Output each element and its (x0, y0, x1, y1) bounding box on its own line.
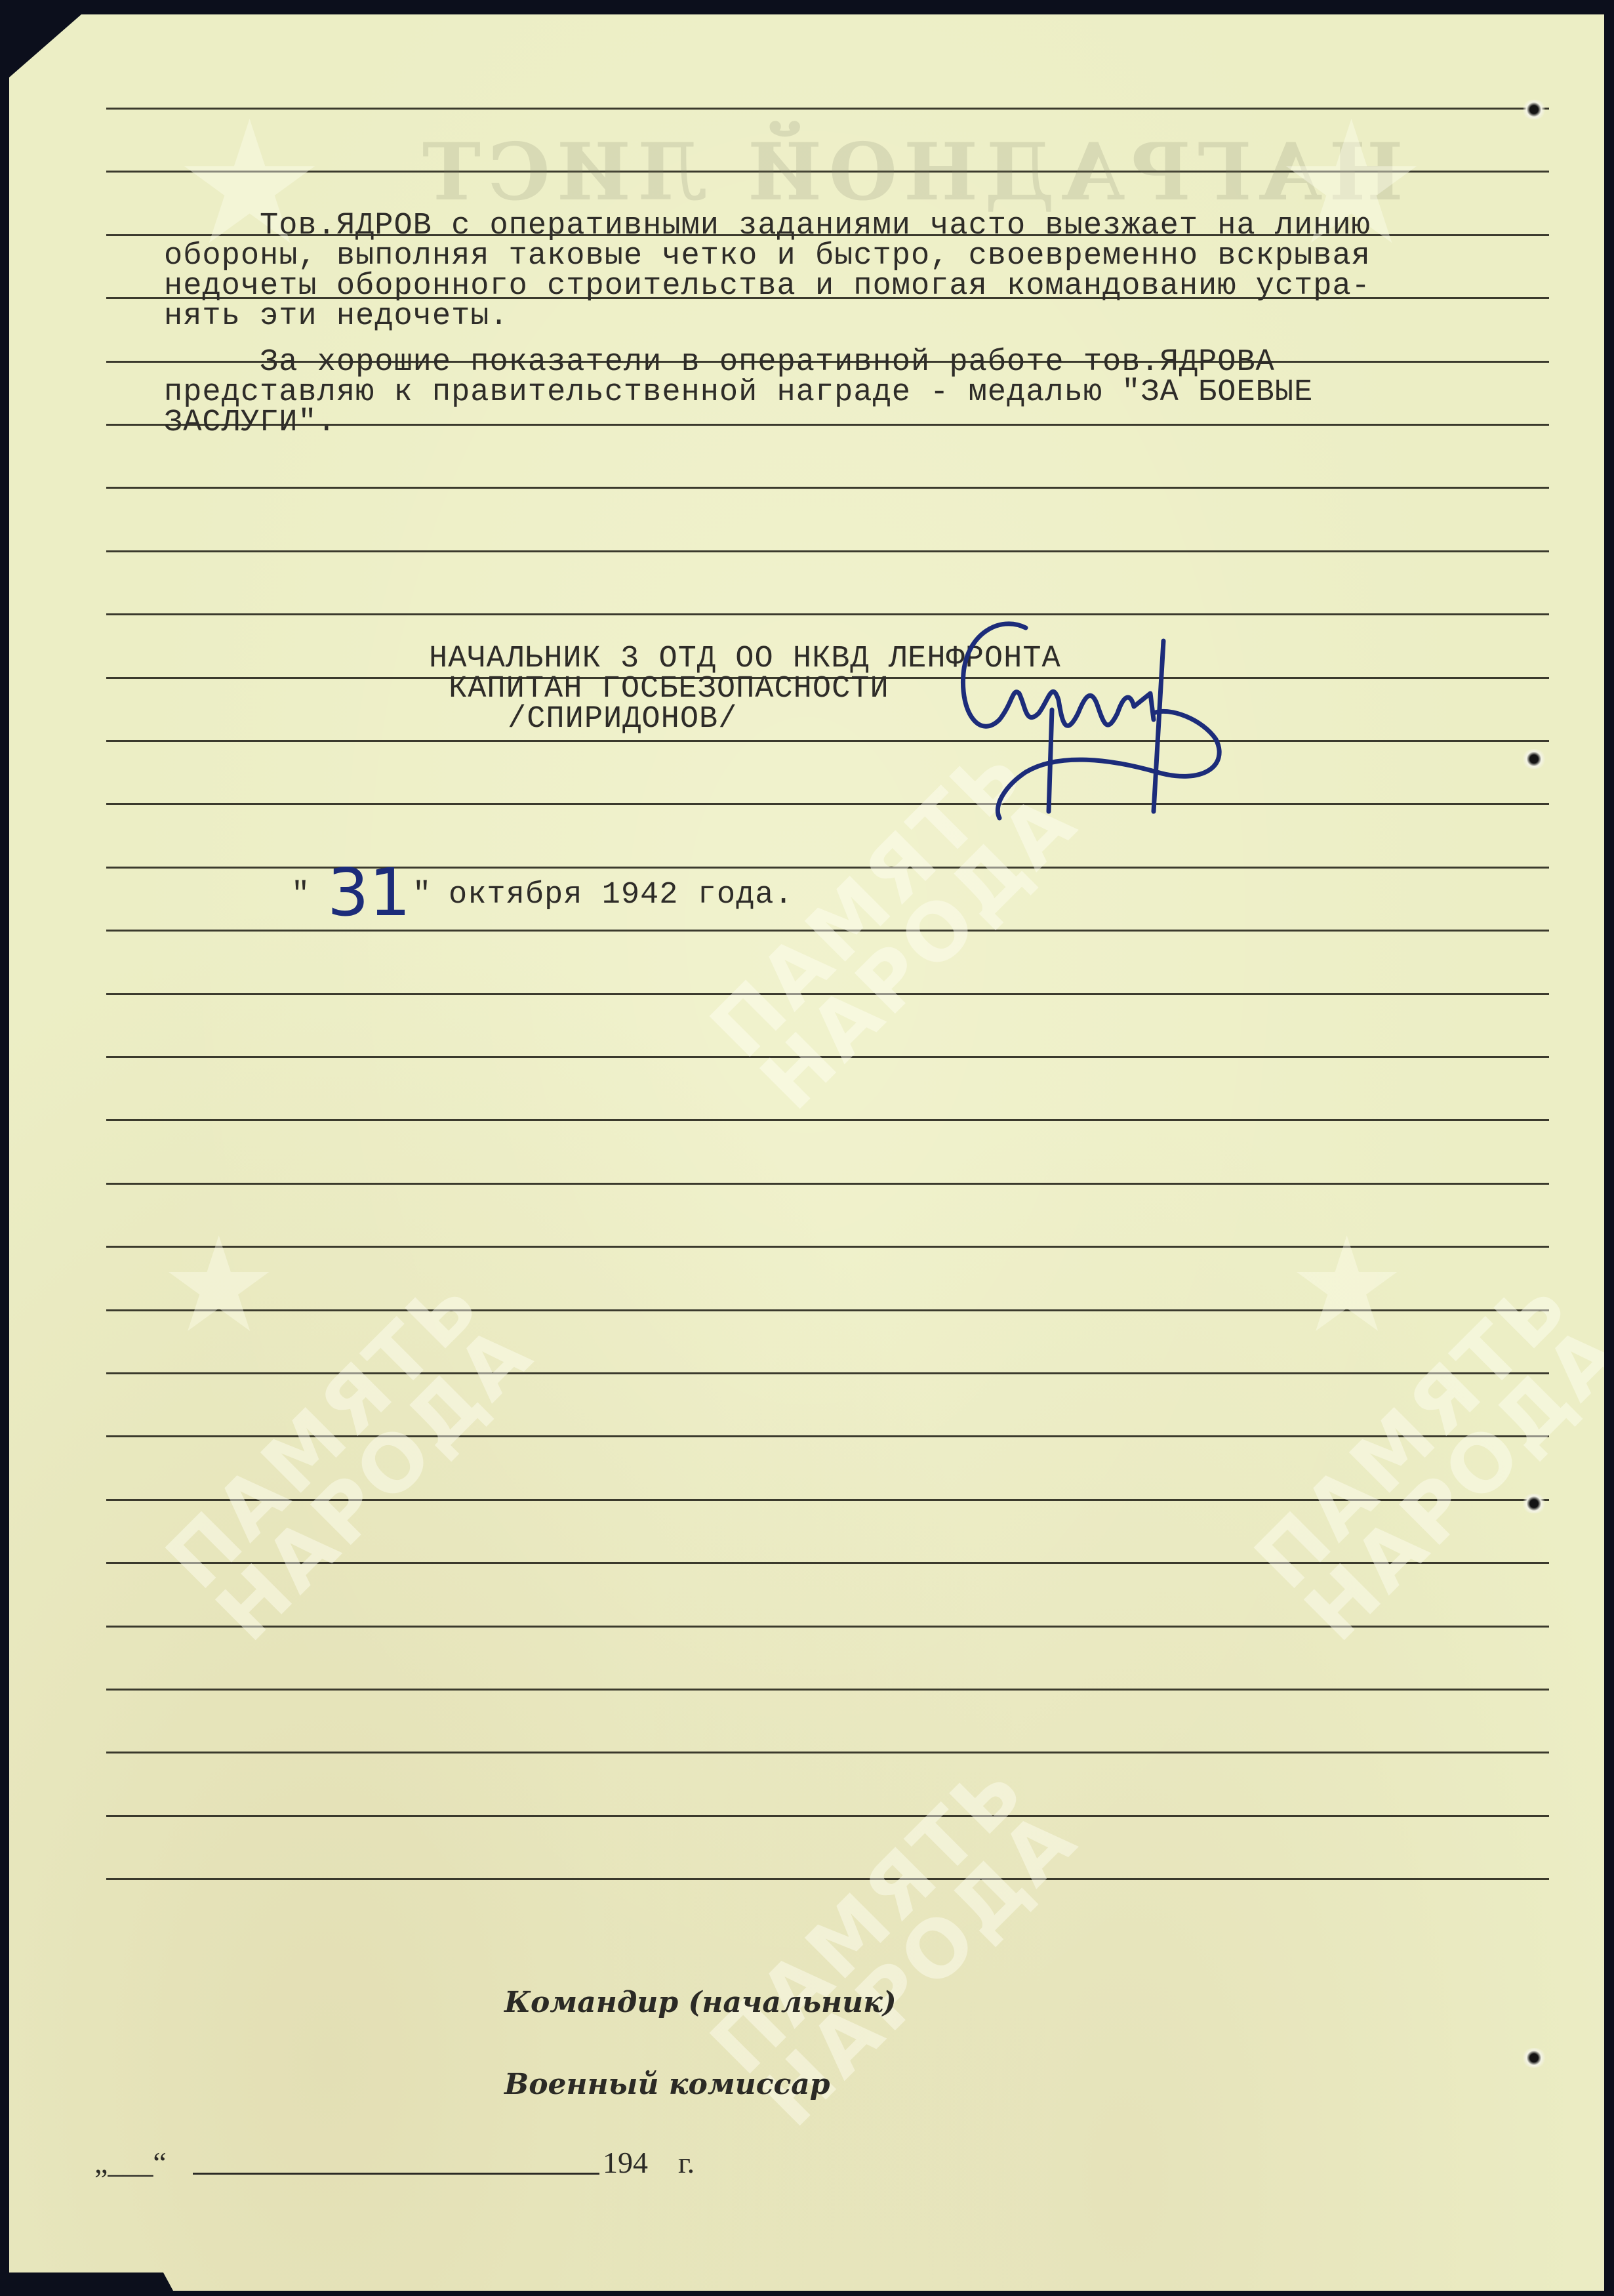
date-month-year: октября 1942 года. (449, 880, 794, 911)
document-page: НАГРАДНОЙ ЛИСТ ★ ★ ★ ★ ПАМЯТЬ НАРОДА ПАМ… (9, 14, 1604, 2291)
body-line: За хорошие показатели в оперативной рабо… (164, 348, 1275, 378)
ruled-line (106, 550, 1549, 552)
body-line: представляю к правительственной награде … (164, 378, 1313, 408)
staple-hole (1521, 1494, 1547, 1513)
ruled-line (106, 867, 1549, 869)
handwritten-signature (927, 615, 1295, 838)
ruled-line (106, 740, 1549, 742)
date-day-handwritten: 31 (327, 854, 411, 931)
staple-hole (1521, 100, 1547, 119)
staple-hole (1521, 749, 1547, 769)
blank-date-year: 194 (603, 2145, 648, 2180)
ruled-line (106, 1119, 1549, 1121)
signer-rank: КАПИТАН ГОСБЕЗОПАСНОСТИ (449, 674, 889, 705)
body-line: недочеты оборонного строительства и помо… (164, 272, 1371, 302)
ruled-line (106, 487, 1549, 489)
body-line: Тов.ЯДРОВ с оперативными заданиями часто… (164, 211, 1371, 241)
body-line: нять эти недочеты. (164, 302, 509, 332)
ruled-line (106, 1878, 1549, 1880)
date-open-quote: " (291, 880, 310, 911)
date-close-quote: " (413, 880, 432, 911)
bleed-through-header: НАГРАДНОЙ ЛИСТ (416, 126, 1403, 218)
ruled-line (106, 1689, 1549, 1691)
ruled-line (106, 1183, 1549, 1185)
blank-date-underline (193, 2173, 599, 2175)
blank-date-quote: „___“ (94, 2145, 167, 2180)
signer-name: /СПИРИДОНОВ/ (508, 705, 737, 735)
staple-hole (1521, 2048, 1547, 2068)
ruled-line (106, 1815, 1549, 1817)
ruled-line (106, 1752, 1549, 1753)
commander-label: Командир (начальник) (504, 1986, 897, 2019)
blank-date-suffix: г. (678, 2145, 695, 2180)
ruled-line (106, 803, 1549, 805)
body-line: ЗАСЛУГИ". (164, 408, 336, 438)
ruled-line (106, 613, 1549, 615)
body-line: обороны, выполняя таковые четко и быстро… (164, 241, 1371, 272)
star-icon: ★ (160, 1221, 277, 1353)
star-icon: ★ (1288, 1221, 1405, 1353)
commissar-label: Военный комиссар (504, 2068, 830, 2101)
